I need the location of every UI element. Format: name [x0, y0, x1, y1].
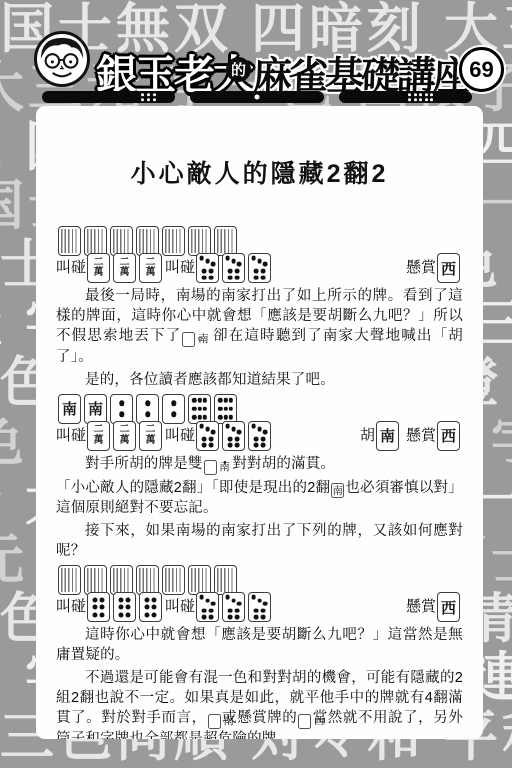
pin-dots-icon [141, 93, 156, 101]
scenario2-concealed-hand [56, 565, 463, 595]
call-label: 叫碰 [165, 599, 195, 614]
row-right-labels: 懸賞西 [402, 592, 463, 622]
tile-face-down-tile [84, 226, 107, 256]
call-label: 懸賞 [406, 599, 436, 614]
tile-face-down-tile [136, 226, 159, 256]
tile-7-pin [248, 253, 271, 283]
tile-9-pin [214, 394, 237, 424]
tile-6-pin [87, 592, 110, 622]
paragraph: 不過還是可能會有混一色和對對胡的機會，可能有隱藏的2組2翻也說不一定。如果真是如… [56, 668, 463, 739]
tile-7-pin [222, 421, 245, 451]
call-label: 叫碰 [56, 260, 86, 275]
tile-2-man: 二萬 [113, 253, 136, 283]
row-right-labels: 胡南懸賞西 [356, 421, 463, 451]
meld-group: 懸賞西 [402, 253, 463, 283]
inline-tile-south: 南 [208, 714, 221, 729]
divider-bars [42, 91, 472, 103]
pin-dot-icon [257, 95, 262, 100]
meld-group: 叫碰 [165, 253, 274, 283]
tile-face-down-tile [188, 565, 211, 595]
revealed-melds: 叫碰二萬二萬二萬叫碰胡南懸賞西 [56, 421, 463, 451]
tile-2-pin [110, 394, 133, 424]
tile-south-wind: 南 [376, 421, 399, 451]
author-face-logo [34, 31, 90, 87]
tile-2-pin [162, 394, 185, 424]
tile-west-wind: 西 [437, 592, 460, 622]
tile-west-wind: 西 [437, 253, 460, 283]
tile-face-down-tile [162, 565, 185, 595]
tile-face-down-tile [58, 565, 81, 595]
paragraph: 「小心敵人的隱藏2翻」「即使是現出的2翻南也必須審慎以對」這個原則絕對不要忘記。 [56, 478, 463, 519]
meld-group: 叫碰二萬二萬二萬 [56, 253, 165, 283]
episode-badge: 69 [459, 47, 504, 92]
scenario1-melds: 叫碰二萬二萬二萬叫碰懸賞西 [56, 253, 463, 283]
paragraph: 接下來，如果南場的南家打出了下列的牌，又該如何應對呢？ [56, 521, 463, 561]
tile-south-wind: 南 [58, 394, 81, 424]
tile-2-pin [136, 394, 159, 424]
divider-bar-2 [190, 91, 323, 103]
call-label: 叫碰 [56, 599, 86, 614]
tile-face-down-tile [136, 565, 159, 595]
particle-badge: 的 [226, 57, 251, 82]
paragraph: 這時你心中就會想「應該是要胡斷么九吧？」這當然是無庸置疑的。 [56, 625, 463, 665]
tile-west-wind: 西 [437, 421, 460, 451]
tile-face-down-tile [214, 226, 237, 256]
meld-group: 叫碰二萬二萬二萬 [56, 421, 165, 451]
call-label: 胡 [360, 428, 375, 443]
divider-bar-1 [42, 91, 175, 103]
tile-7-pin [196, 421, 219, 451]
tile-face-down-tile [58, 226, 81, 256]
inline-tile-west: 西 [298, 714, 311, 729]
inline-tile-south: 南 [182, 332, 195, 347]
paragraph: 最後一局時，南場的南家打出了如上所示的牌。看到了這樣的牌面，這時你心中就會想「應… [56, 286, 463, 367]
tile-7-pin [222, 253, 245, 283]
page-title: 小心敵人的隱藏2翻2 [56, 154, 463, 190]
article-body: 叫碰二萬二萬二萬叫碰懸賞西最後一局時，南場的南家打出了如上所示的牌。看到了這樣的… [56, 226, 463, 739]
inline-tile-south: 南 [331, 483, 344, 498]
cartoon-face-icon [37, 33, 87, 85]
meld-group: 懸賞西 [402, 592, 463, 622]
tile-2-man: 二萬 [139, 253, 162, 283]
tile-7-pin [222, 592, 245, 622]
tile-2-man: 二萬 [87, 421, 110, 451]
tile-face-down-tile [188, 226, 211, 256]
tile-face-down-tile [214, 565, 237, 595]
revealed-winning-hand: 南南 [56, 394, 463, 424]
tile-6-pin [139, 592, 162, 622]
tile-south-wind: 南 [84, 394, 107, 424]
tile-face-down-tile [162, 226, 185, 256]
meld-group: 叫碰 [56, 592, 165, 622]
tile-7-pin [248, 592, 271, 622]
tile-2-man: 二萬 [113, 421, 136, 451]
meld-group: 胡南 [356, 421, 402, 451]
call-label: 叫碰 [165, 428, 195, 443]
scenario1-concealed-hand [56, 226, 463, 256]
tile-7-pin [196, 592, 219, 622]
paragraph: 對手所胡的牌是雙南・對對胡的滿貫。 [56, 454, 463, 475]
scenario2-melds: 叫碰叫碰懸賞西 [56, 592, 463, 622]
tile-6-pin [113, 592, 136, 622]
call-label: 懸賞 [406, 260, 436, 275]
meld-group: 叫碰 [165, 592, 274, 622]
divider-bar-3 [339, 91, 472, 103]
meld-group: 懸賞西 [402, 421, 463, 451]
tile-7-pin [196, 253, 219, 283]
tile-7-pin [248, 421, 271, 451]
tile-face-down-tile [84, 565, 107, 595]
meld-group: 叫碰 [165, 421, 274, 451]
tile-face-down-tile [110, 565, 133, 595]
call-label: 叫碰 [165, 260, 195, 275]
episode-number: 69 [469, 57, 493, 83]
tile-face-down-tile [110, 226, 133, 256]
row-right-labels: 懸賞西 [402, 253, 463, 283]
content-panel: 小心敵人的隱藏2翻2 叫碰二萬二萬二萬叫碰懸賞西最後一局時，南場的南家打出了如上… [36, 106, 483, 739]
paragraph: 是的，各位讀者應該都知道結果了吧。 [56, 370, 463, 390]
tile-9-pin [188, 394, 211, 424]
inline-tile-south: 南 [204, 460, 217, 475]
pin-dots-icon [408, 93, 434, 101]
call-label: 叫碰 [56, 428, 86, 443]
call-label: 懸賞 [406, 428, 436, 443]
tile-2-man: 二萬 [139, 421, 162, 451]
tile-2-man: 二萬 [87, 253, 110, 283]
